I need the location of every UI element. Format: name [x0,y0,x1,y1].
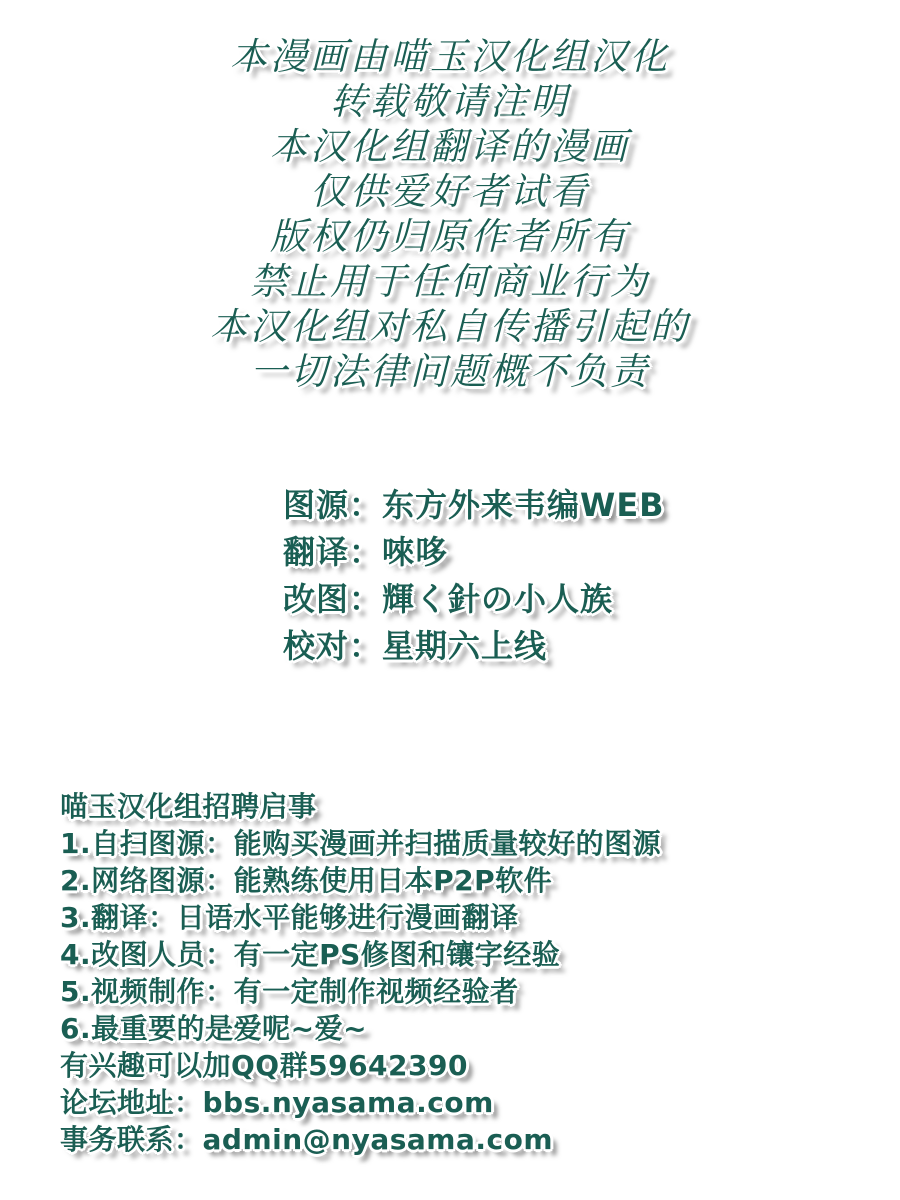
disclaimer-line: 本汉化组翻译的漫画 [0,124,900,169]
recruitment-title: 喵玉汉化组招聘启事 [60,788,661,825]
credit-role-value: 星期六上线 [382,627,547,665]
disclaimer-line: 禁止用于任何商业行为 [0,259,900,304]
forum-address-value: bbs.nyasama.com [203,1086,494,1119]
credit-role-label: 图源： [283,486,382,524]
credit-role-label: 校对： [283,627,382,665]
credit-role-value: 唻哆 [382,533,448,571]
credit-role-label: 翻译： [283,533,382,571]
credit-row: 改图：輝く針の小人族 [283,576,665,623]
disclaimer-block: 本漫画由喵玉汉化组汉化 转载敬请注明 本汉化组翻译的漫画 仅供爱好者试看 版权仍… [0,34,900,394]
contact-value: admin@nyasama.com [203,1123,554,1156]
forum-address-label: 论坛地址： [60,1086,203,1119]
disclaimer-line: 仅供爱好者试看 [0,169,900,214]
recruitment-item: 6.最重要的是爱呢~爱~ [60,1010,661,1047]
recruitment-item: 2.网络图源：能熟练使用日本P2P软件 [60,862,661,899]
credit-row: 图源：东方外来韦编WEB [283,482,665,529]
contact-label: 事务联系： [60,1123,203,1156]
recruitment-item: 4.改图人员：有一定PS修图和镶字经验 [60,936,661,973]
disclaimer-line: 本汉化组对私自传播引起的 [0,304,900,349]
disclaimer-line: 版权仍归原作者所有 [0,214,900,259]
disclaimer-line: 本漫画由喵玉汉化组汉化 [0,34,900,79]
contact-row: 事务联系：admin@nyasama.com [60,1121,661,1158]
credit-role-label: 改图： [283,580,382,618]
forum-address-row: 论坛地址：bbs.nyasama.com [60,1084,661,1121]
staff-credits-block: 图源：东方外来韦编WEB 翻译：唻哆 改图：輝く針の小人族 校对：星期六上线 [283,482,665,670]
recruitment-qq-line: 有兴趣可以加QQ群59642390 [60,1047,661,1084]
disclaimer-line: 转载敬请注明 [0,79,900,124]
recruitment-item: 3.翻译：日语水平能够进行漫画翻译 [60,899,661,936]
recruitment-item: 1.自扫图源：能购买漫画并扫描质量较好的图源 [60,825,661,862]
disclaimer-line: 一切法律问题概不负责 [0,349,900,394]
credit-role-value: 东方外来韦编WEB [382,486,665,524]
credit-row: 翻译：唻哆 [283,529,665,576]
recruitment-item: 5.视频制作：有一定制作视频经验者 [60,973,661,1010]
credit-role-value: 輝く針の小人族 [382,580,613,618]
recruitment-block: 喵玉汉化组招聘启事 1.自扫图源：能购买漫画并扫描质量较好的图源 2.网络图源：… [60,788,661,1158]
credit-row: 校对：星期六上线 [283,623,665,670]
